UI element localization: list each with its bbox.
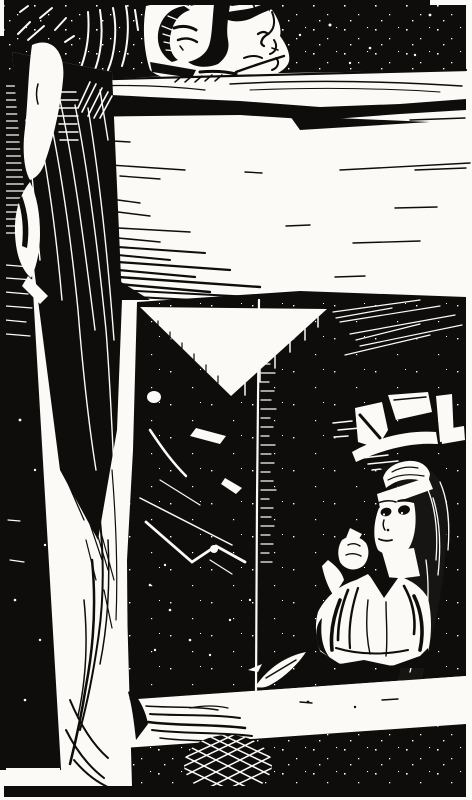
illustration (0, 0, 472, 800)
girl-hand (338, 536, 368, 569)
giant-face (144, 0, 289, 81)
border-bottom (4, 786, 466, 797)
lower-left-rail-strip (4, 768, 60, 786)
under-structure-interior (127, 291, 467, 701)
illustration-page (0, 0, 472, 800)
border-left (0, 36, 6, 770)
border-top (4, 0, 430, 5)
